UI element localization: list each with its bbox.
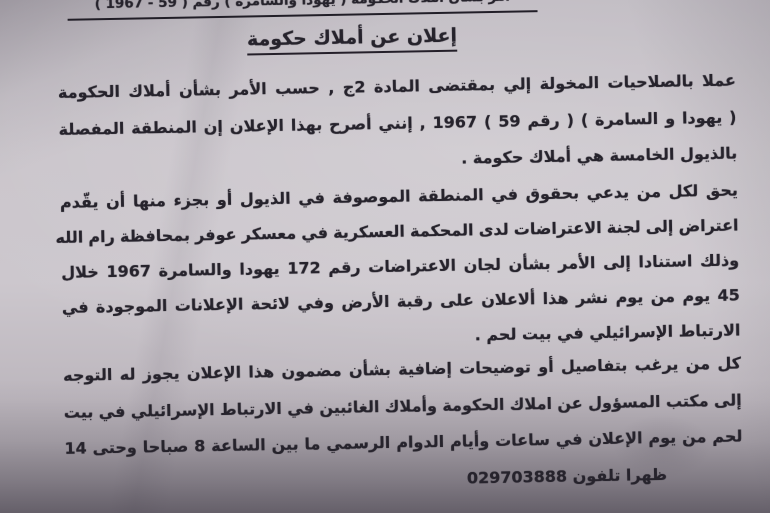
photographed-document: امر بشأن املاك الحكومة ( يهودا والسامرة … bbox=[0, 0, 770, 513]
paragraph-objection-rights: يحق لكل من يدعي بحقوق في المنطقة الموصوف… bbox=[60, 173, 741, 360]
document-sheet: امر بشأن املاك الحكومة ( يهودا والسامرة … bbox=[0, 0, 770, 513]
document-title-text: إعلان عن أملاك حكومة bbox=[247, 25, 458, 56]
document-title: إعلان عن أملاك حكومة bbox=[0, 20, 708, 55]
paragraph-further-details: كل من يرغب بتفاصيل أو توضيحات إضافية بشأ… bbox=[63, 345, 744, 503]
paragraph-powers-declaration: عملا بالصلاحيات المخولة إلي بمقتضى الماد… bbox=[58, 63, 738, 185]
document-header-line: امر بشأن املاك الحكومة ( يهودا والسامرة … bbox=[67, 0, 537, 21]
